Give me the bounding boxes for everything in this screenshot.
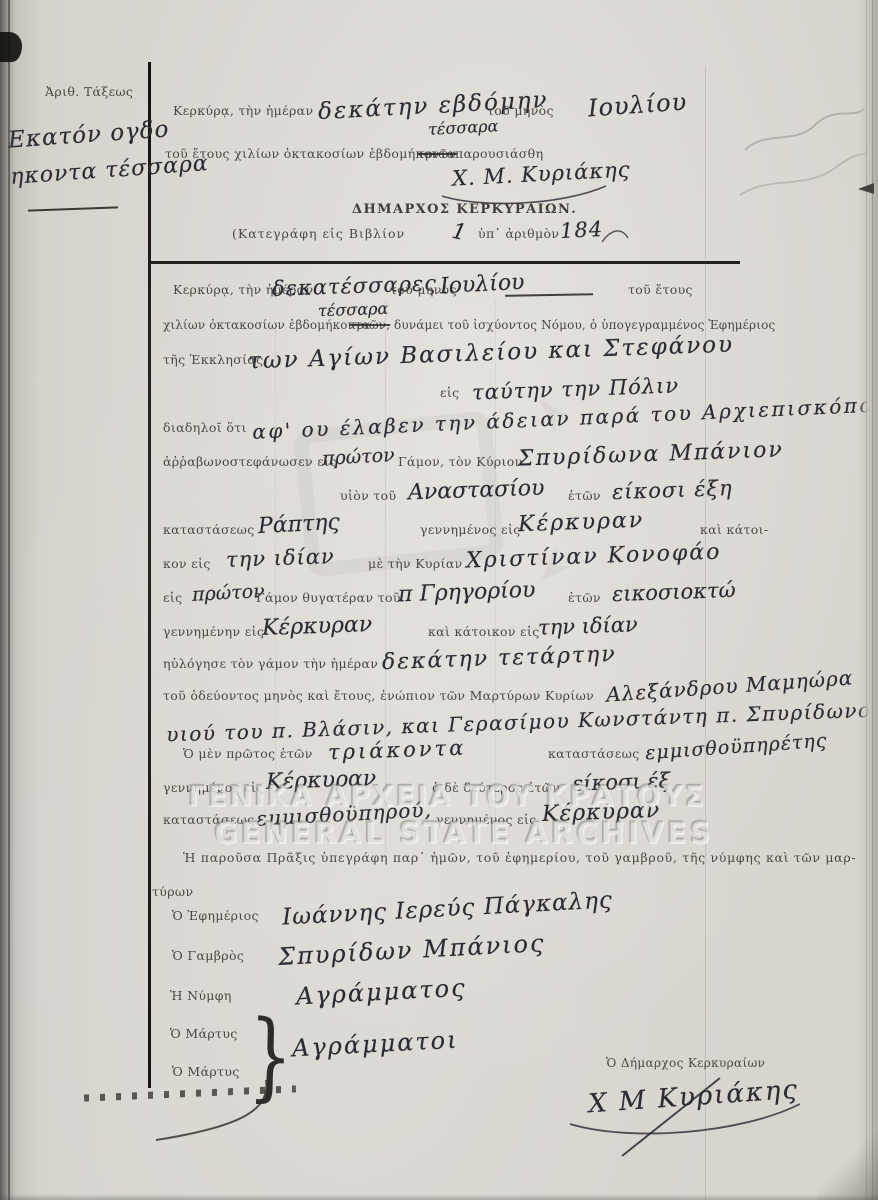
page-corner-shadow [818, 1128, 878, 1200]
margin-underline-stroke [28, 206, 118, 211]
section-divider-rule [148, 261, 740, 264]
field-wedding-day: δεκάτην τετάρτην [382, 642, 617, 675]
resident-cont-label: κον εἰς [163, 556, 211, 571]
place-day-label: Κερκύρᾳ, τὴν ἡμέραν [173, 103, 313, 118]
occupation-label: καταστάσεως [548, 746, 640, 761]
field-witness1-birthplace: Κέρκυραν [266, 766, 377, 795]
field-groom-marriage-rank: πρώτον [321, 444, 395, 470]
bleedthrough-marks [735, 90, 875, 220]
page-stack-edge [858, 0, 878, 1200]
closing-line1-label: Ἡ παροῦσα Πρᾶξις ὑπεγράφη παρ᾽ ἡμῶν, τοῦ… [183, 850, 856, 865]
field-groom-father: Αναστασίου [408, 476, 545, 506]
daughter-of-label: Γάμον θυγατέραν τοῦ [256, 590, 401, 605]
year-line-label: τοῦ ἔτους χιλίων ὀκτακοσίων ἑβδομήκοντα [165, 146, 456, 161]
law-label: δυνάμει τοῦ ἰσχύοντος Νόμου, ὁ ὑπογεγραμ… [394, 318, 775, 332]
field-groom-name: Σπυρίδωνα Μπάνιον [518, 437, 785, 471]
field-groom-occupation: Ράπτης [257, 510, 340, 539]
field-bride-residence: την ιδίαν [538, 612, 638, 639]
field-groom-signature: Σπυρίδων Μπάνιος [277, 929, 546, 971]
binding-edge-line [8, 0, 10, 1200]
born-f-label: γεννημένην εἰς [163, 624, 264, 639]
witnesses-intro-label: τοῦ ὁδεύοντος μηνὸς καὶ ἔτους, ἐνώπιον τ… [163, 688, 594, 703]
field-witness1-age: τριάκοντα [328, 736, 467, 765]
priest-label: Ὁ Ἐφημέριος [172, 908, 259, 923]
field-act-number: 184 [559, 217, 603, 243]
born-label: γεννημένος εἰς [420, 522, 521, 537]
year-struck-label: τριῶν, [350, 318, 390, 332]
field-bride-signature: Αγράμματος [295, 974, 467, 1011]
field-groom-residence: την ιδίαν [226, 544, 335, 572]
document-page: Ἀριθ. Τάξεως Εκατόν ογδο ηκοντα τέσσαρα … [0, 0, 878, 1200]
field-priest-signature: Ιωάννης Ιερεύς Πάγκαλης [282, 887, 614, 930]
binding-ink-blob [0, 32, 22, 62]
occupation-label: καταστάσεως [163, 522, 255, 537]
field-witnesses-signature: Αγράμματοι [291, 1026, 459, 1063]
page-stack-line [872, 0, 873, 1200]
betrothed-label: ἀῤῥαβωνοστεφάνωσεν εἰς [163, 454, 337, 469]
fold-line [705, 66, 706, 1200]
groom-label: Ὁ Γαμβρὸς [172, 948, 244, 963]
field-witness2-occupation: εμμισθοϋπηρού, [255, 797, 432, 830]
field-bride-birthplace: Κέρκυραν [262, 612, 373, 641]
field-bride-father: π Γρηγορίου [398, 578, 536, 608]
margin-label: Ἀριθ. Τάξεως [45, 84, 133, 99]
and-resident-label: καὶ κάτοι- [700, 522, 768, 537]
mayor-signature-flourish [560, 1076, 810, 1161]
second-witness-label: ὁ δὲ δεύτερος ἐτῶν [432, 780, 560, 795]
witness2-label: Ὁ Μάρτυς [172, 1064, 240, 1079]
field-registration-month: Ιουλίου [587, 88, 688, 123]
number-flourish [600, 226, 630, 246]
fold-line [275, 320, 276, 840]
mayor-title-label: ΔΗΜΑΡΧΟΣ ΚΕΡΚΥΡΑΙΩΝ. [352, 202, 577, 217]
blessed-label: ηὐλόγησε τὸν γάμον τὴν ἡμέραν [163, 656, 378, 671]
field-groom-birthplace: Κέρκυραν [518, 508, 645, 537]
field-book-number: 1 [450, 219, 469, 246]
page-stack-line [866, 0, 867, 1200]
born-label: γεννημένος εἰς [163, 780, 264, 795]
margin-divider-rule [148, 62, 151, 1088]
under-number-label: ὑπ᾽ ἀριθμὸν [478, 226, 559, 241]
year-struck-label: τριῶν [418, 146, 457, 161]
declares-label: διαδηλοῖ ὅτι [163, 420, 247, 435]
field-bride-marriage-rank: πρώτον [191, 580, 265, 606]
filler-dash-line [505, 293, 593, 297]
with-lady-label: μὲ τὴν Κυρίαν [368, 556, 463, 571]
son-of-label: υἱὸν τοῦ [340, 488, 396, 503]
field-church-place: ταύτην την Πόλιν [472, 373, 680, 404]
field-witness2-birthplace: Κέρκυραν [542, 798, 661, 827]
occupation-label: καταστάσεως [163, 812, 255, 827]
marriage-mister-label: Γάμον, τὸν Κύριον [398, 454, 523, 469]
and-resident-label: καὶ κάτοικον εἰς [428, 624, 540, 639]
field-bride-age: εικοσιοκτώ [612, 578, 736, 606]
closing-line2-label: τύρων [152, 884, 193, 899]
in-label: εἰς [163, 590, 182, 605]
first-witness-label: Ὁ μὲν πρῶτος ἐτῶν [183, 746, 313, 761]
presented-label: παρουσιάσθη [455, 146, 543, 161]
year-line2-label: χιλίων ὀκτακοσίων ἑβδομήκοντα [163, 318, 370, 332]
registered-label: (Κατεγράφη εἰς Βιβλίον [232, 226, 405, 241]
witness1-label: Ὁ Μάρτυς [170, 1026, 238, 1041]
field-witness1-occupation: εμμισθοϋπηρέτης [644, 730, 828, 765]
field-act-number-words-1: Εκατόν ογδο [7, 116, 170, 153]
born-label: γεννημένος εἰς [436, 812, 537, 827]
field-act-year-correction: τέσσαρα [318, 299, 389, 320]
years-label: ἐτῶν [568, 590, 601, 605]
of-year-label: τοῦ ἔτους [628, 282, 693, 297]
field-church-name: των Αγίων Βασιλείου και Στεφάνου [248, 332, 735, 375]
mayor-caption-label: Ὁ Δήμαρχος Κερκυραίων [606, 1056, 765, 1070]
field-bride-name: Χριστίναν Κονοφάο [466, 540, 722, 574]
field-witness2-age: είκοσι έξ [572, 768, 671, 795]
bride-label: Ἡ Νύμφη [170, 988, 232, 1003]
bottom-edge-shadow [0, 1194, 878, 1200]
field-year-correction: τέσσαρα [428, 116, 499, 139]
in-label: εἰς [440, 385, 459, 400]
years-label: ἐτῶν [568, 488, 601, 503]
field-groom-age: είκοσι έξη [612, 476, 733, 504]
fold-line [385, 300, 386, 860]
